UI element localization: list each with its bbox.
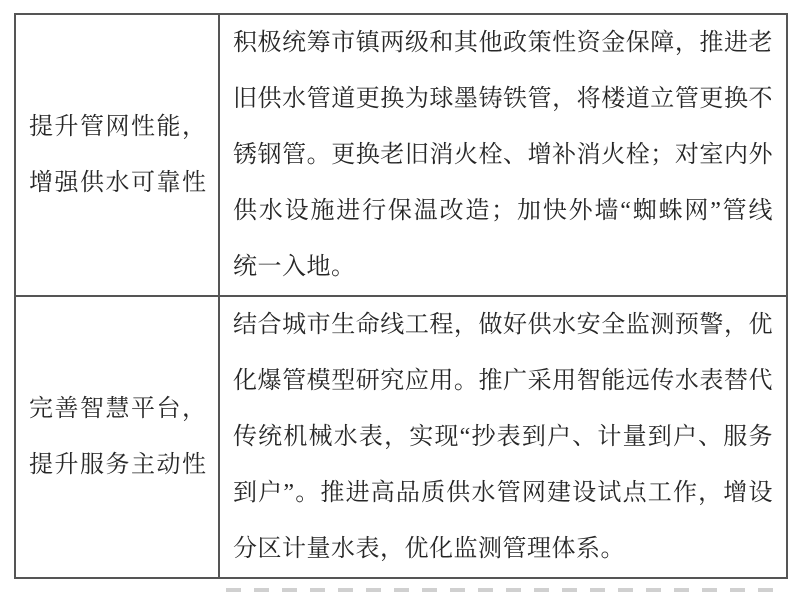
detail-line: 化爆管模型研究应用。推广采用智能远传水表替代 (233, 353, 773, 409)
detail-line: 结合城市生命线工程，做好供水安全监测预警，优 (233, 297, 773, 353)
table-row-smart-platform: 完善智慧平台， 提升服务主动性 结合城市生命线工程，做好供水安全监测预警，优 化… (16, 295, 786, 577)
detail-line: 供水设施进行保温改造；加快外墙“蜘蛛网”管线 (233, 183, 773, 239)
detail-line: 到户”。推进高品质供水管网建设试点工作，增设 (233, 465, 773, 521)
detail-cell-smart-platform: 结合城市生命线工程，做好供水安全监测预警，优 化爆管模型研究应用。推广采用智能远… (220, 297, 786, 577)
detail-line: 积极统筹市镇两级和其他政策性资金保障，推进老 (233, 15, 773, 71)
detail-line: 分区计量水表，优化监测管理体系。 (233, 521, 773, 577)
category-line: 提升管网性能， (29, 99, 212, 155)
category-cell-smart-platform: 完善智慧平台， 提升服务主动性 (16, 297, 220, 577)
policy-measures-table: 提升管网性能， 增强供水可靠性 积极统筹市镇两级和其他政策性资金保障，推进老 旧… (14, 13, 788, 579)
detail-cell-pipe-network: 积极统筹市镇两级和其他政策性资金保障，推进老 旧供水管道更换为球墨铸铁管，将楼道… (220, 15, 786, 295)
category-line: 完善智慧平台， (29, 381, 212, 437)
detail-line: 锈钢管。更换老旧消火栓、增补消火栓；对室内外 (233, 127, 773, 183)
detail-line: 传统机械水表，实现“抄表到户、计量到户、服务 (233, 409, 773, 465)
category-cell-pipe-network: 提升管网性能， 增强供水可靠性 (16, 15, 220, 295)
detail-line: 统一入地。 (233, 239, 773, 295)
category-line: 提升服务主动性 (29, 437, 212, 493)
detail-line: 旧供水管道更换为球墨铸铁管，将楼道立管更换不 (233, 71, 773, 127)
cropped-next-row-text-artifact (226, 588, 784, 592)
table-row-pipe-network: 提升管网性能， 增强供水可靠性 积极统筹市镇两级和其他政策性资金保障，推进老 旧… (16, 15, 786, 295)
category-line: 增强供水可靠性 (29, 155, 212, 211)
